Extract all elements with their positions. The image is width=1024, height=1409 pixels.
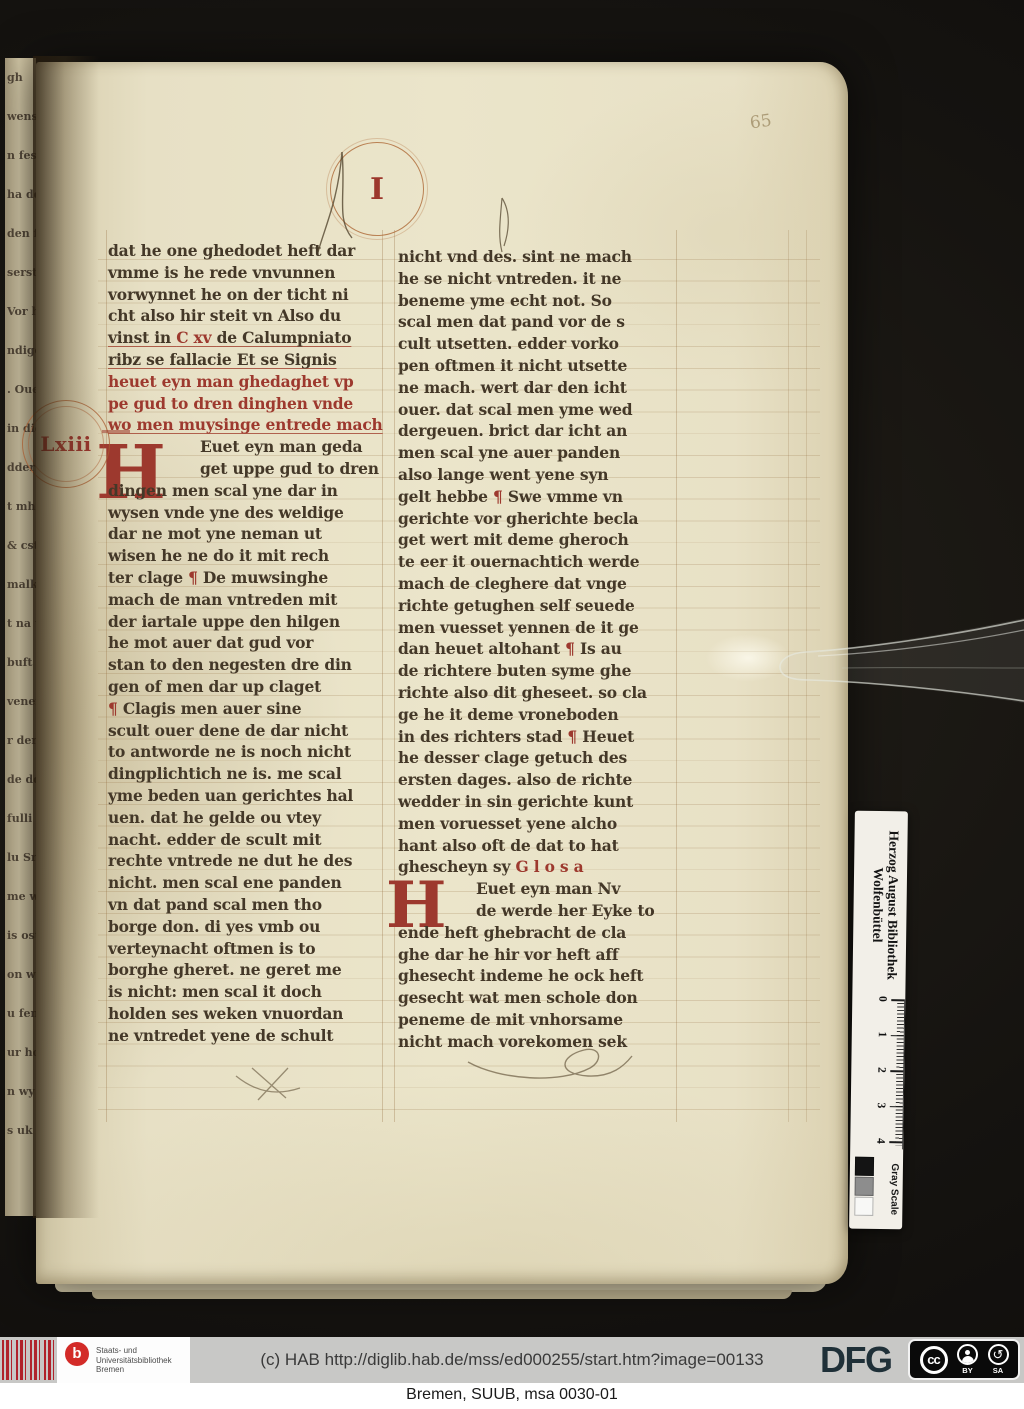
folio-number: 65 — [749, 111, 773, 134]
spine-text-fragment: wens cu — [5, 97, 36, 136]
manuscript-line: dat he one ghedodet heft dar — [108, 240, 380, 262]
manuscript-line: he se nicht vntreden. it ne — [398, 268, 674, 290]
text-segment: cult utsetten. edder vorko — [398, 334, 619, 353]
text-segment: nicht vnd des. sint ne mach — [398, 247, 632, 266]
manuscript-line: gesecht wat men schole don — [398, 987, 674, 1009]
spine-text-fragment: n fest e — [5, 136, 36, 175]
ruler-cm-number: 1 — [876, 1031, 888, 1037]
text-segment: nacht. edder de scult mit — [108, 830, 321, 849]
spine-text-fragment: n wy — [5, 1072, 36, 1111]
gray-scale-block: Gray Scale — [849, 1149, 903, 1230]
spine-text-fragment: serstu h — [5, 253, 36, 292]
cc-by-sa-badge: cc BY ↺ SA — [908, 1339, 1020, 1380]
manuscript-column-2: nicht vnd des. sint ne machhe se nicht v… — [398, 246, 674, 1052]
text-segment: ¶ — [493, 487, 508, 506]
text-segment: Clagis men auer sine — [123, 699, 302, 718]
text-segment: de richtere buten syme ghe — [398, 661, 631, 680]
spine-text-fragment: gh — [5, 58, 36, 97]
text-segment: he se nicht vntreden. it ne — [398, 269, 621, 288]
manuscript-line: ¶ Clagis men auer sine — [108, 698, 380, 720]
text-segment: gesecht wat men schole don — [398, 988, 638, 1007]
manuscript-line: he desser clage getuch des — [398, 747, 674, 769]
spine-text-fragment: & cst — [5, 526, 36, 565]
text-segment: ouer. dat scal men yme wed — [398, 400, 632, 419]
ruler-cm-number: 4 — [874, 1138, 886, 1144]
ruler-cm-scale: 01234 — [850, 999, 905, 1150]
text-segment: dergeuen. brict dar icht an — [398, 421, 627, 440]
text-segment: vn dat pand scal men tho — [108, 895, 322, 914]
column-rule-line — [106, 230, 107, 1122]
gray-scale-swatch — [855, 1177, 874, 1196]
manuscript-line: wedder in sin gerichte kunt — [398, 791, 674, 813]
spine-text-fragment: s uk — [5, 1111, 36, 1150]
manuscript-line: heuet eyn man ghedaghet vp — [108, 371, 380, 393]
text-segment: gelt hebbe — [398, 487, 493, 506]
text-segment: G l o s a — [515, 857, 583, 876]
ruler-cm-tick — [890, 1106, 903, 1108]
manuscript-line: pen oftmen it nicht utsette — [398, 355, 674, 377]
text-segment: borghe gheret. ne geret me — [108, 960, 342, 979]
chapter-numeral-lxiii: Lxiii — [40, 432, 91, 456]
manuscript-line: gelt hebbe ¶ Swe vmme vn — [398, 486, 674, 508]
cc-sa-arrow-icon: ↺ — [988, 1344, 1009, 1365]
text-segment: he desser clage getuch des — [398, 748, 627, 767]
spine-text-fragment: den f — [5, 214, 36, 253]
text-segment: ¶ — [188, 568, 203, 587]
manuscript-line: gerichte vor gherichte becla — [398, 508, 674, 530]
text-segment: peneme de mit vnhorsame — [398, 1010, 623, 1029]
manuscript-line: vinst in C xv de Calumpniato — [108, 327, 380, 349]
text-segment: richte also dit gheseet. so cla — [398, 683, 647, 702]
manuscript-line: mach de cleghere dat vnge — [398, 573, 674, 595]
text-segment: de Calumpniato — [217, 328, 352, 347]
text-segment: dingen men scal yne dar in — [108, 481, 338, 500]
text-segment: Euet eyn man geda — [200, 437, 362, 456]
manuscript-line: Euet eyn man Nv — [476, 878, 674, 900]
manuscript-column-1: dat he one ghedodet heft darvmme is he r… — [108, 240, 380, 1046]
manuscript-line: peneme de mit vnhorsame — [398, 1009, 674, 1031]
manuscript-line: ghe dar he hir vor heft aff — [398, 944, 674, 966]
column-rule-line — [676, 230, 677, 1122]
text-segment: pe gud to dren dinghen vnde — [108, 394, 353, 413]
text-segment: gerichte vor gherichte becla — [398, 509, 638, 528]
manuscript-line: richte also dit gheseet. so cla — [398, 682, 674, 704]
text-segment: ne vntredet yene de schult — [108, 1026, 333, 1045]
spine-text-fragment: t mhen u — [5, 487, 36, 526]
text-segment: yme beden uan gerichtes hal — [108, 786, 353, 805]
text-segment: ghescheyn sy — [398, 857, 515, 876]
spine-text-fragment: t na u — [5, 604, 36, 643]
text-segment: borge don. di yes vmb ou — [108, 917, 320, 936]
manuscript-line: to antworde ne is noch nicht — [108, 741, 380, 763]
manuscript-line: men vuesset yennen de it ge — [398, 617, 674, 639]
underlying-page-edge — [92, 1290, 792, 1299]
text-segment: rechte vntrede ne dut he des — [108, 851, 352, 870]
manuscript-line: ghesecht indeme he ock heft — [398, 965, 674, 987]
spine-text-fragment: fulli di — [5, 799, 36, 838]
text-segment: Is au — [580, 639, 622, 658]
shelfmark-caption: Bremen, SUUB, msa 0030-01 — [0, 1383, 1024, 1409]
manuscript-line: holden ses weken vnuordan — [108, 1003, 380, 1025]
manuscript-line: ne mach. wert dar den icht — [398, 377, 674, 399]
manuscript-line: de richtere buten syme ghe — [398, 660, 674, 682]
manuscript-line: nicht. men scal ene panden — [108, 872, 380, 894]
manuscript-line: ende heft ghebracht de cla — [398, 922, 674, 944]
text-segment: scal men dat pand vor de s — [398, 312, 625, 331]
text-segment: ter clage — [108, 568, 188, 587]
spine-text-fragment: . Ouer d — [5, 370, 36, 409]
spine-text-fragment: de dder — [5, 760, 36, 799]
manuscript-line: yme beden uan gerichtes hal — [108, 785, 380, 807]
manuscript-line: get uppe gud to dren — [200, 458, 380, 480]
manuscript-line: dingen men scal yne dar in — [108, 480, 380, 502]
manuscript-line: wysen vnde yne des weldige — [108, 502, 380, 524]
manuscript-line: cult utsetten. edder vorko — [398, 333, 674, 355]
manuscript-line: pe gud to dren dinghen vnde — [108, 393, 380, 415]
rubricator-mark — [102, 430, 130, 433]
spine-text-fragment: vener w — [5, 682, 36, 721]
text-segment: in des richters stad — [398, 727, 567, 746]
manuscript-line: men voruesset yene alcho — [398, 813, 674, 835]
spine-text-fragment: lu Srot — [5, 838, 36, 877]
cc-by-group: BY — [957, 1344, 978, 1375]
manuscript-line: scult ouer dene de dar nicht — [108, 720, 380, 742]
text-segment: vinst in — [108, 328, 176, 347]
manuscript-line: ter clage ¶ De muwsinghe — [108, 567, 380, 589]
text-segment: Swe vmme vn — [508, 487, 623, 506]
ruler-cm-tick — [889, 1141, 902, 1143]
margin-rule-line — [806, 230, 807, 1122]
text-segment: De muwsinghe — [203, 568, 328, 587]
ruler-title-line1: Herzog August Bibliothek — [884, 811, 902, 999]
text-segment: also lange went yene syn — [398, 465, 608, 484]
spine-text-fragment: malk wo — [5, 565, 36, 604]
manuscript-line: borghe gheret. ne geret me — [108, 959, 380, 981]
spine-text-fragment: buft of — [5, 643, 36, 682]
caption-bar: b Staats- und Universitätsbibliothek Bre… — [0, 1337, 1024, 1383]
manuscript-line: also lange went yene syn — [398, 464, 674, 486]
spine-text-fragment: u fen — [5, 994, 36, 1033]
manuscript-line: wisen he ne do it mit rech — [108, 545, 380, 567]
text-segment: uen. dat he gelde ou vtey — [108, 808, 321, 827]
ruler-cm-tick — [890, 1070, 903, 1072]
gray-scale-swatches — [854, 1157, 874, 1217]
manuscript-line: nicht vnd des. sint ne mach — [398, 246, 674, 268]
text-segment: ende heft ghebracht de cla — [398, 923, 626, 942]
text-segment: ne mach. wert dar den icht — [398, 378, 627, 397]
text-segment: wo men muysinge entrede mach — [108, 415, 383, 434]
text-segment: ¶ — [565, 639, 580, 658]
text-segment: mach de cleghere dat vnge — [398, 574, 627, 593]
text-segment: he mot auer dat gud vor — [108, 633, 313, 652]
text-segment: dan heuet altohant — [398, 639, 565, 658]
manuscript-line: richte getughen self seuede — [398, 595, 674, 617]
cc-sa-label: SA — [993, 1366, 1003, 1375]
text-segment: mach de man vntreden mit — [108, 590, 337, 609]
manuscript-line: ouer. dat scal men yme wed — [398, 399, 674, 421]
text-segment: ge he it deme vroneboden — [398, 705, 618, 724]
facing-page-edge: ghwens cun fest eha delden fserstu hVor … — [5, 58, 36, 1216]
text-segment: pen oftmen it nicht utsette — [398, 356, 627, 375]
text-segment: verteynacht oftmen is to — [108, 939, 315, 958]
manuscript-line: ribz se fallacie Et se Signis — [108, 349, 380, 371]
spine-text-fragment: Vor ha — [5, 292, 36, 331]
spine-text-fragment: ha del — [5, 175, 36, 214]
text-segment: men scal yne auer panden — [398, 443, 620, 462]
manuscript-line: in des richters stad ¶ Heuet — [398, 726, 674, 748]
text-segment: der iartale uppe den hilgen — [108, 612, 340, 631]
text-segment: men vuesset yennen de it ge — [398, 618, 639, 637]
manuscript-line: dergeuen. brict dar icht an — [398, 420, 674, 442]
text-segment: to antworde ne is noch nicht — [108, 742, 351, 761]
text-segment: dat he one ghedodet heft dar — [108, 241, 355, 260]
manuscript-line: te eer it ouernachtich werde — [398, 551, 674, 573]
manuscript-line: wo men muysinge entrede mach — [108, 414, 380, 436]
manuscript-line: he mot auer dat gud vor — [108, 632, 380, 654]
manuscript-page: 65 I Lxiii H H dat he one ghedodet heft … — [36, 62, 848, 1284]
spine-text-fragment: ur ho — [5, 1033, 36, 1072]
column-rule-line — [394, 230, 395, 1122]
text-segment: C xv — [176, 328, 216, 347]
text-segment: nicht. men scal ene panden — [108, 873, 342, 892]
text-segment: ghesecht indeme he ock heft — [398, 966, 643, 985]
manuscript-line: de werde her Eyke to — [476, 900, 674, 922]
text-segment: hant also oft de dat to hat — [398, 836, 619, 855]
text-segment: scult ouer dene de dar nicht — [108, 721, 348, 740]
manuscript-line: vn dat pand scal men tho — [108, 894, 380, 916]
text-segment: get uppe gud to dren — [200, 459, 379, 478]
chapter-roundel: Lxiii — [22, 400, 110, 488]
manuscript-line: gen of men dar up claget — [108, 676, 380, 698]
text-segment: holden ses weken vnuordan — [108, 1004, 343, 1023]
spine-text-fragment: ndiger t — [5, 331, 36, 370]
ruler-cm-number: 3 — [875, 1102, 887, 1108]
manuscript-line: der iartale uppe den hilgen — [108, 611, 380, 633]
manuscript-line: vorwynnet he on der ticht ni — [108, 284, 380, 306]
gray-scale-swatch — [854, 1197, 873, 1216]
text-segment: get wert mit deme gheroch — [398, 530, 629, 549]
manuscript-line: beneme yme echt not. So — [398, 290, 674, 312]
manuscript-line: dar ne mot yne neman ut — [108, 523, 380, 545]
cc-logo-icon: cc — [920, 1346, 948, 1374]
ruler-cm-number: 2 — [875, 1067, 887, 1073]
text-segment: ¶ — [567, 727, 582, 746]
text-segment: ribz se fallacie Et se Signis — [108, 350, 337, 369]
cc-sa-group: ↺ SA — [988, 1344, 1009, 1375]
manuscript-line: nicht mach vorekomen sek — [398, 1031, 674, 1053]
manuscript-line: vmme is he rede vnvunnen — [108, 262, 380, 284]
spine-text-fragment: r der ge — [5, 721, 36, 760]
text-segment: vorwynnet he on der ticht ni — [108, 285, 348, 304]
margin-rule-line — [788, 230, 789, 1122]
text-segment: dingplichtich ne is. me scal — [108, 764, 341, 783]
manuscript-line: dan heuet altohant ¶ Is au — [398, 638, 674, 660]
text-segment: de werde her Eyke to — [476, 901, 655, 920]
text-segment: cht also hir steit vn Also du — [108, 306, 341, 325]
text-segment: gen of men dar up claget — [108, 677, 321, 696]
text-segment: vmme is he rede vnvunnen — [108, 263, 335, 282]
text-segment: richte getughen self seuede — [398, 596, 635, 615]
text-segment: wysen vnde yne des weldige — [108, 503, 344, 522]
manuscript-line: verteynacht oftmen is to — [108, 938, 380, 960]
gray-scale-swatch — [855, 1157, 874, 1176]
manuscript-line: uen. dat he gelde ou vtey — [108, 807, 380, 829]
manuscript-line: rechte vntrede ne dut he des — [108, 850, 380, 872]
manuscript-line: ersten dages. also de richte — [398, 769, 674, 791]
manuscript-line: ghescheyn sy G l o s a — [398, 856, 674, 878]
ruler-cm-tick — [891, 1035, 904, 1037]
text-segment: stan to den negesten dre din — [108, 655, 352, 674]
manuscript-line: Euet eyn man geda — [200, 436, 380, 458]
dfg-logo: DFG — [820, 1339, 892, 1381]
text-segment: beneme yme echt not. So — [398, 291, 612, 310]
manuscript-line: mach de man vntreden mit — [108, 589, 380, 611]
spine-text-fragment: is ost n — [5, 916, 36, 955]
calibration-ruler: Herzog August Bibliothek Wolfenbüttel 01… — [849, 811, 908, 1230]
text-segment: men voruesset yene alcho — [398, 814, 617, 833]
manuscript-line: cht also hir steit vn Also du — [108, 305, 380, 327]
manuscript-line: dingplichtich ne is. me scal — [108, 763, 380, 785]
quire-numeral: I — [370, 172, 384, 207]
manuscript-line: ne vntredet yene de schult — [108, 1025, 380, 1047]
text-segment: dar ne mot yne neman ut — [108, 524, 322, 543]
ruler-minor-ticks — [895, 999, 904, 1145]
text-segment: Euet eyn man Nv — [476, 879, 620, 898]
manuscript-line: stan to den negesten dre din — [108, 654, 380, 676]
quire-mark-circle: I — [330, 142, 424, 236]
manuscript-line: is nicht: men scal it doch — [108, 981, 380, 1003]
text-segment: wedder in sin gerichte kunt — [398, 792, 633, 811]
spine-text-fragment: on wz — [5, 955, 36, 994]
manuscript-line: ge he it deme vroneboden — [398, 704, 674, 726]
text-segment: wisen he ne do it mit rech — [108, 546, 329, 565]
text-segment: ghe dar he hir vor heft aff — [398, 945, 618, 964]
text-segment: is nicht: men scal it doch — [108, 982, 322, 1001]
manuscript-line: men scal yne auer panden — [398, 442, 674, 464]
text-segment: Heuet — [582, 727, 634, 746]
text-segment: ¶ — [108, 699, 123, 718]
manuscript-line: borge don. di yes vmb ou — [108, 916, 380, 938]
cc-by-label: BY — [962, 1366, 972, 1375]
ruler-cm-tick — [891, 999, 904, 1001]
scan-photograph: ghwens cun fest eha delden fserstu hVor … — [0, 0, 1024, 1409]
manuscript-line: nacht. edder de scult mit — [108, 829, 380, 851]
ruler-library-title: Herzog August Bibliothek Wolfenbüttel — [852, 811, 908, 1000]
spine-text-fragment: me ws — [5, 877, 36, 916]
manuscript-line: scal men dat pand vor de s — [398, 311, 674, 333]
text-segment: ersten dages. also de richte — [398, 770, 632, 789]
manuscript-line: get wert mit deme gheroch — [398, 529, 674, 551]
cc-by-person-icon — [957, 1344, 978, 1365]
ruler-cm-number: 0 — [876, 996, 888, 1002]
column-rule-line — [382, 230, 383, 1122]
text-segment: heuet eyn man ghedaghet vp — [108, 372, 353, 391]
text-segment: nicht mach vorekomen sek — [398, 1032, 627, 1051]
text-segment: te eer it ouernachtich werde — [398, 552, 639, 571]
gray-scale-label: Gray Scale — [888, 1149, 900, 1229]
manuscript-line: hant also oft de dat to hat — [398, 835, 674, 857]
